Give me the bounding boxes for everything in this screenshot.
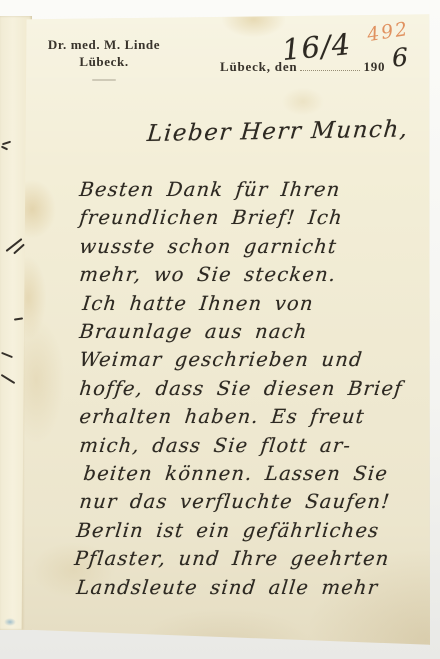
letter-body: Besten Dank für Ihren freundlichen Brief…	[78, 176, 426, 602]
body-line: mehr, wo Sie stecken.	[78, 261, 429, 289]
body-line: hoffe, dass Sie diesen Brief	[78, 375, 429, 403]
body-line: erhalten haben. Es freut	[78, 403, 429, 431]
letterhead-city: Lübeck.	[40, 53, 168, 70]
letter-sheet: Dr. med. M. Linde Lübeck. Lübeck, den190…	[20, 13, 430, 646]
body-line: mich, dass Sie flott ar-	[78, 432, 429, 460]
letterhead-flourish	[92, 79, 116, 81]
body-line: Berlin ist ein gefährliches	[75, 517, 429, 545]
pen-stroke-fragment	[1, 374, 16, 384]
body-line: Weimar geschrieben und	[78, 346, 429, 374]
pen-stroke-fragment	[1, 352, 13, 358]
pen-stroke-fragment	[1, 146, 8, 151]
pen-stroke-fragment	[2, 141, 11, 146]
body-line: wusste schon garnicht	[78, 233, 429, 261]
body-line: beiten können. Lassen Sie	[82, 460, 429, 488]
body-line: Pflaster, und Ihre geehrten	[73, 545, 429, 573]
salutation: Lieber Herr Munch,	[146, 116, 410, 147]
body-line: freundlichen Brief! Ich	[78, 204, 429, 232]
body-line: Landsleute sind alle mehr	[75, 574, 429, 602]
body-line: Braunlage aus nach	[78, 318, 429, 346]
pen-stroke-fragment	[14, 317, 23, 320]
letterhead: Dr. med. M. Linde Lübeck.	[40, 36, 168, 81]
dateline-printed-year: 190	[363, 59, 385, 74]
body-line: Ich hatte Ihnen von	[81, 290, 429, 318]
blue-ink-smudge	[4, 618, 16, 626]
handwritten-date: 16/4	[281, 27, 353, 67]
body-line: nur das verfluchte Saufen!	[78, 488, 429, 516]
scan-background: Dr. med. M. Linde Lübeck. Lübeck, den190…	[0, 0, 440, 659]
body-line: Besten Dank für Ihren	[78, 176, 429, 204]
handwritten-year-digit: 6	[391, 43, 408, 73]
letterhead-name: Dr. med. M. Linde	[40, 36, 168, 53]
